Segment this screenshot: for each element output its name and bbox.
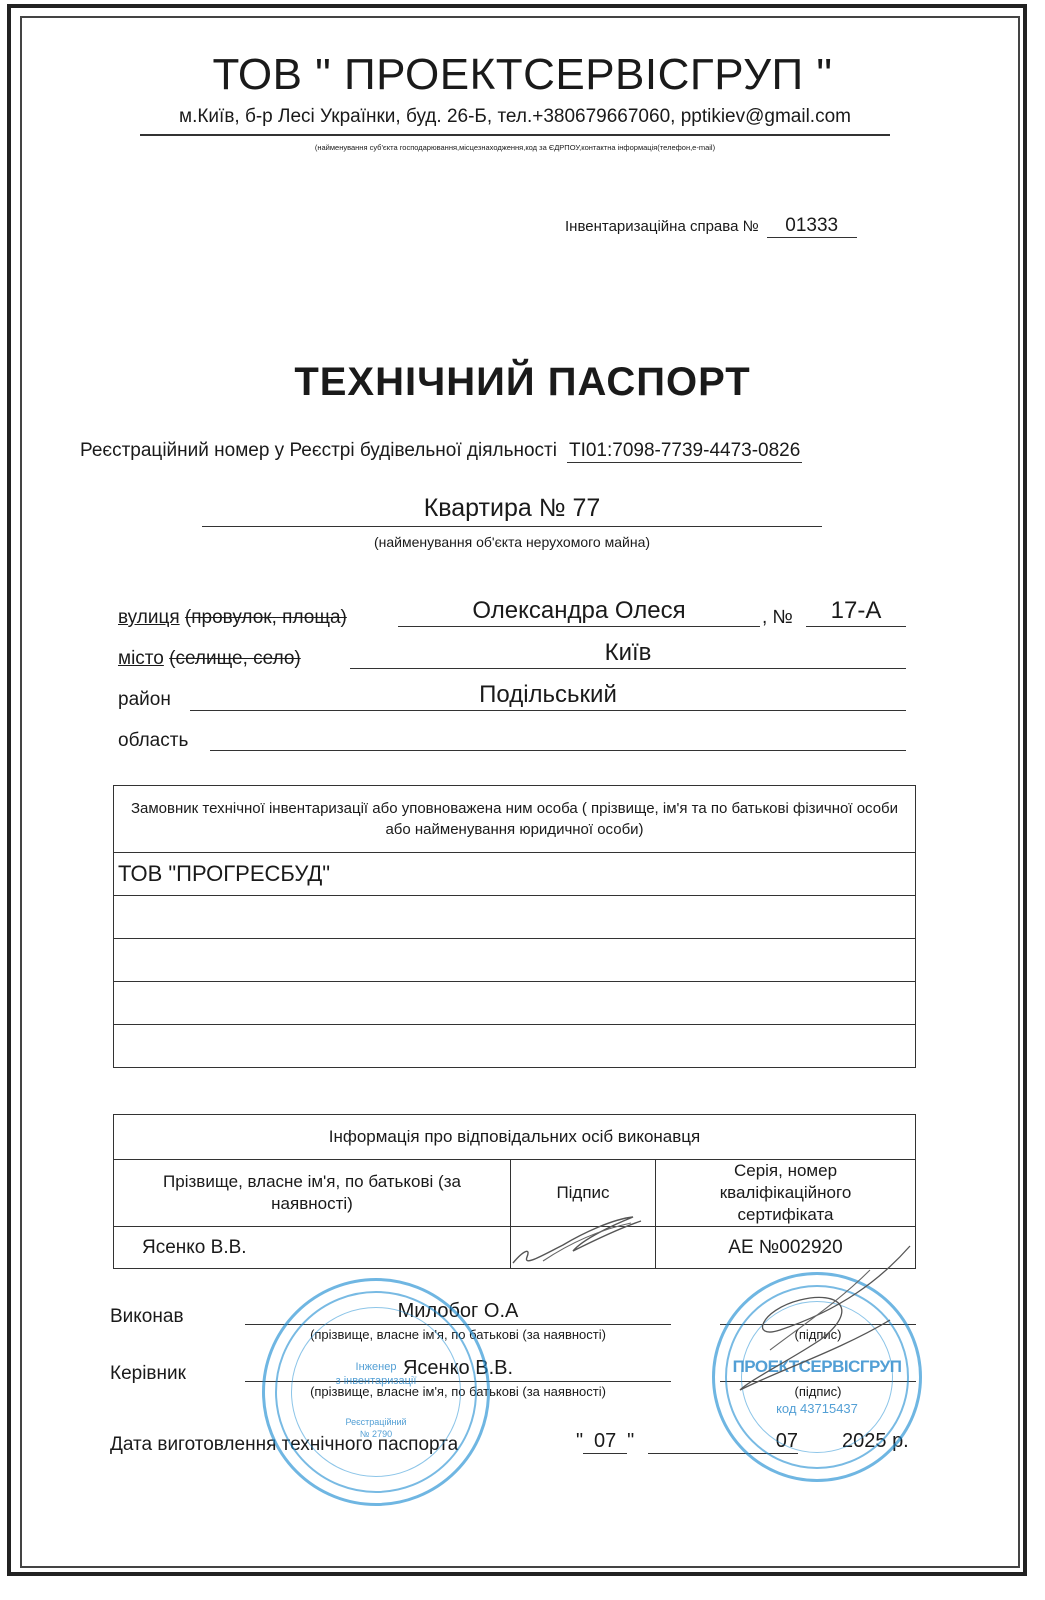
- customer-row: [114, 896, 916, 939]
- house-number-label: , №: [762, 607, 793, 629]
- customer-row: [114, 1025, 916, 1068]
- street-value: Олександра Олеся: [398, 598, 760, 627]
- responsible-signature: [511, 1227, 656, 1269]
- customer-table-header: Замовник технічної інвентаризації або уп…: [114, 786, 916, 853]
- city-label: місто: [118, 648, 164, 669]
- company-name: ТОВ " ПРОЕКТСЕРВІСГРУП ": [0, 50, 1045, 100]
- company-caption: (найменування суб'єкта господарювання,мі…: [140, 143, 890, 152]
- document-title: ТЕХНІЧНИЙ ПАСПОРТ: [0, 360, 1045, 405]
- registration-label: Реєстраційний номер у Реєстрі будівельно…: [80, 440, 557, 461]
- customer-row: [114, 982, 916, 1025]
- stamp-line: Інженер: [265, 1361, 487, 1373]
- performer-label: Виконав: [110, 1306, 184, 1328]
- stamp-line: Реєстраційний: [265, 1417, 487, 1427]
- date-day-group: "07": [576, 1430, 634, 1454]
- registration-number: ТІ01:7098-7739-4473-0826: [567, 440, 802, 463]
- stamp-line: з інвентаризації: [265, 1375, 487, 1387]
- manager-handwritten-signature-icon: [720, 1240, 920, 1410]
- inventory-label: Інвентаризаційна справа №: [565, 218, 759, 235]
- street-label-group: вулиця (провулок, площа): [118, 607, 347, 629]
- inventory-case: Інвентаризаційна справа №01333: [565, 215, 857, 238]
- city-label-group: місто (селище, село): [118, 648, 301, 670]
- stamp-line: № 2790: [265, 1429, 487, 1439]
- column-header-name: Прізвище, власне ім'я, по батькові (за н…: [114, 1160, 511, 1227]
- date-day: 07: [583, 1430, 627, 1454]
- manager-label: Керівник: [110, 1363, 186, 1385]
- column-header-certificate: Серія, номер кваліфікаційного сертифікат…: [656, 1160, 916, 1227]
- city-struck-options: (селище, село): [169, 648, 301, 669]
- company-address: м.Київ, б-р Лесі Українки, буд. 26-Б, те…: [140, 106, 890, 136]
- city-value: Київ: [350, 640, 906, 669]
- street-label: вулиця: [118, 607, 180, 628]
- object-name: Квартира № 77: [202, 494, 822, 527]
- region-value: [210, 722, 906, 751]
- district-value: Подільський: [190, 682, 906, 711]
- region-label: область: [118, 730, 188, 752]
- house-number-value: 17-А: [806, 598, 906, 627]
- customer-row: ТОВ "ПРОГРЕСБУД": [114, 853, 916, 896]
- handwritten-signature-icon: [503, 1211, 653, 1271]
- responsible-name: Ясенко В.В.: [114, 1227, 511, 1269]
- inventory-number: 01333: [767, 215, 857, 238]
- engineer-stamp: Інженер з інвентаризації Реєстраційний №…: [262, 1278, 490, 1506]
- customer-row: [114, 939, 916, 982]
- district-label: район: [118, 689, 171, 711]
- street-struck-options: (провулок, площа): [185, 607, 347, 628]
- object-caption: (найменування об'єкта нерухомого майна): [202, 534, 822, 550]
- registration-row: Реєстраційний номер у Реєстрі будівельно…: [80, 440, 802, 463]
- responsible-table-title: Інформація про відповідальних осіб викон…: [114, 1115, 916, 1160]
- customer-table: Замовник технічної інвентаризації або уп…: [113, 785, 916, 1068]
